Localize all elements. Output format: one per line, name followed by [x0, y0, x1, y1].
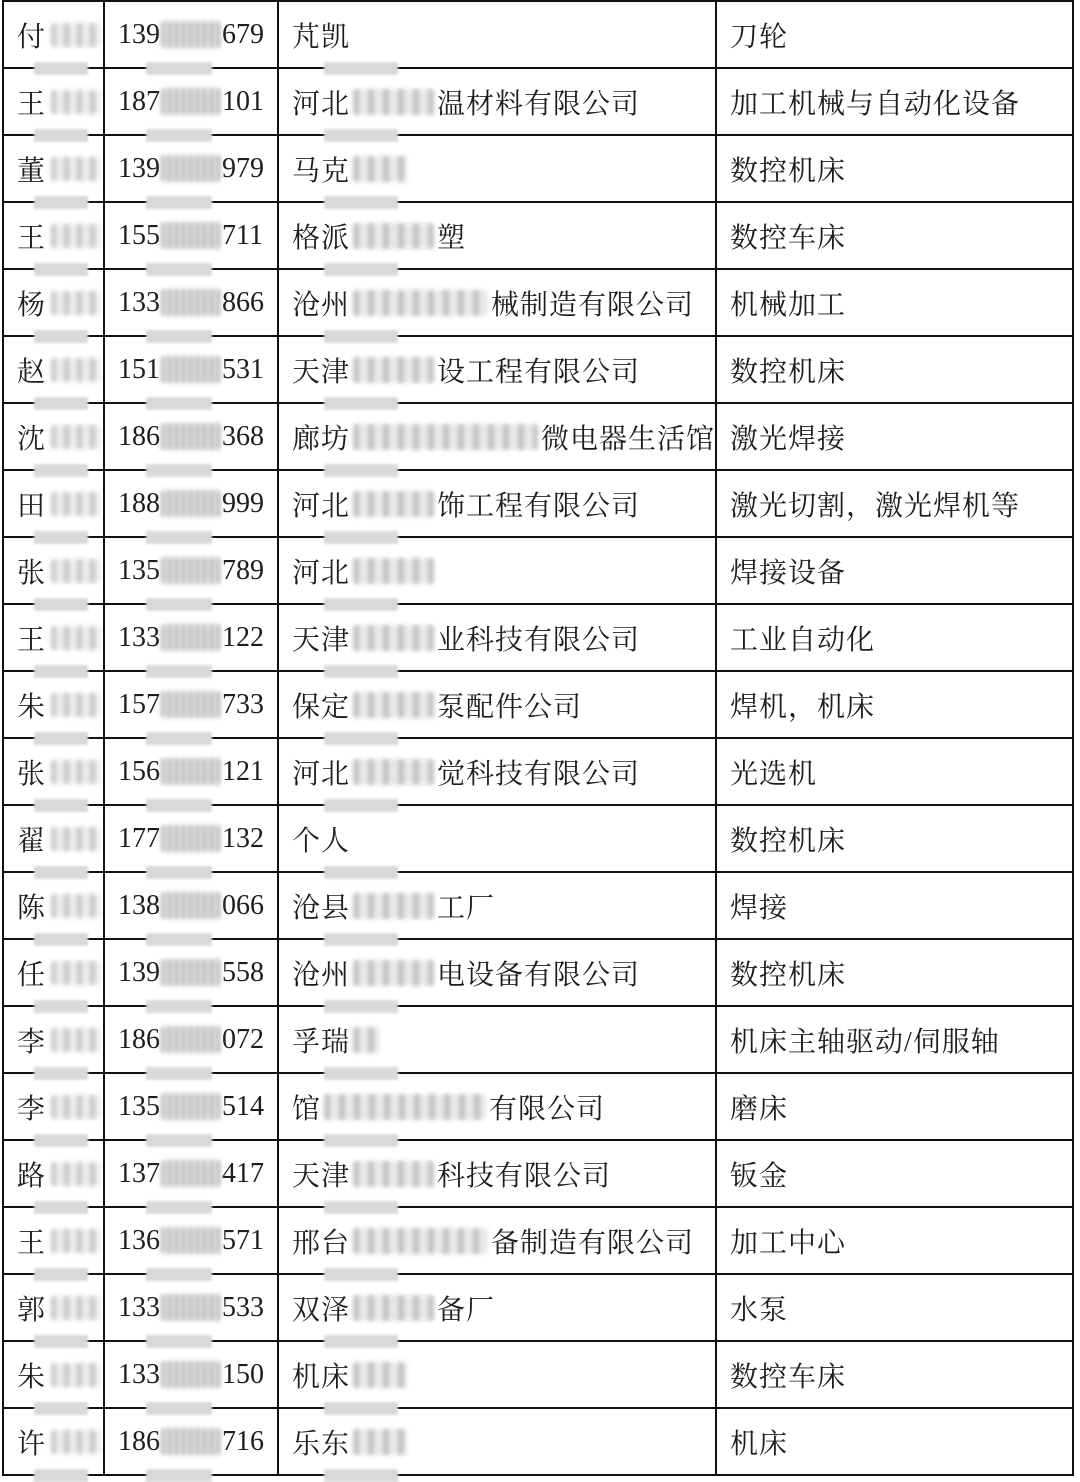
phone-prefix: 139	[118, 957, 160, 989]
redacted-company-text	[353, 1362, 407, 1388]
phone-suffix: 711	[222, 220, 263, 252]
contact-surname: 任	[17, 953, 46, 993]
redacted-given-name	[51, 90, 101, 114]
blur-bar-phone-column	[146, 933, 212, 946]
phone-suffix: 789	[222, 555, 264, 587]
cell-company: 馆 有限公司	[279, 1074, 717, 1139]
product-interest-label: 数控机床	[730, 350, 846, 390]
blur-bar-company-column	[324, 1268, 398, 1281]
contact-surname: 张	[17, 551, 46, 591]
blur-bar-name-column	[34, 129, 88, 142]
redacted-given-name	[51, 157, 101, 181]
product-interest-label: 光选机	[730, 752, 817, 792]
blur-bar-phone-column	[146, 1000, 212, 1013]
table-row: 赵 151 531 天津 设工程有限公司 数控机床	[4, 337, 1072, 404]
phone-prefix: 156	[118, 756, 160, 788]
phone-suffix: 417	[222, 1158, 264, 1190]
redacted-phone-digits	[161, 1428, 221, 1455]
redacted-company-text	[353, 759, 434, 785]
phone-suffix: 533	[222, 1292, 264, 1324]
blur-bar-name-column	[34, 799, 88, 812]
table-row: 任 139 558 沧州 电设备有限公司 数控机床	[4, 940, 1072, 1007]
blur-bar-name-column	[34, 531, 88, 544]
cell-product-interest: 工业自动化	[717, 605, 1072, 670]
blur-bar-name-column	[34, 196, 88, 209]
cell-company: 沧县 工厂	[279, 873, 717, 938]
blur-bar-name-column	[34, 598, 88, 611]
redacted-phone-digits	[161, 155, 221, 182]
contact-surname: 田	[17, 484, 46, 524]
contact-surname: 王	[17, 1221, 46, 1261]
product-interest-label: 焊接设备	[730, 551, 846, 591]
cell-phone-number: 186 368	[105, 404, 279, 469]
cell-product-interest: 数控机床	[717, 806, 1072, 871]
redacted-phone-digits	[161, 1227, 221, 1254]
company-suffix: 电设备有限公司	[437, 953, 640, 993]
contact-surname: 许	[17, 1422, 46, 1462]
cell-phone-number: 187 101	[105, 69, 279, 134]
company-prefix: 河北	[292, 752, 350, 792]
phone-prefix: 157	[118, 689, 160, 721]
cell-phone-number: 188 999	[105, 471, 279, 536]
company-prefix: 廊坊	[292, 417, 350, 457]
cell-company: 乐东	[279, 1409, 717, 1474]
cell-company: 孚瑞	[279, 1007, 717, 1072]
cell-product-interest: 刀轮	[717, 2, 1072, 67]
table-row: 朱 133 150 机床 数控车床	[4, 1342, 1072, 1409]
redacted-company-text	[353, 893, 434, 919]
blur-bar-name-column	[34, 330, 88, 343]
phone-prefix: 186	[118, 421, 160, 453]
blur-bar-company-column	[324, 1000, 398, 1013]
cell-contact-name: 朱	[4, 672, 105, 737]
redacted-phone-digits	[161, 1160, 221, 1187]
company-suffix: 业科技有限公司	[437, 618, 640, 658]
blur-bar-phone-column	[146, 196, 212, 209]
company-prefix: 天津	[292, 350, 350, 390]
company-prefix: 河北	[292, 484, 350, 524]
product-interest-label: 激光焊接	[730, 417, 846, 457]
phone-prefix: 136	[118, 1225, 160, 1257]
cell-contact-name: 李	[4, 1074, 105, 1139]
blur-bar-name-column	[34, 1067, 88, 1080]
redacted-company-text	[353, 1027, 380, 1053]
redacted-phone-digits	[161, 21, 221, 48]
product-interest-label: 工业自动化	[730, 618, 875, 658]
contact-surname: 王	[17, 82, 46, 122]
product-interest-label: 焊接	[730, 886, 788, 926]
product-interest-label: 水泵	[730, 1288, 788, 1328]
cell-product-interest: 数控机床	[717, 337, 1072, 402]
blur-bar-company-column	[324, 1201, 398, 1214]
redacted-phone-digits	[161, 289, 221, 316]
redacted-given-name	[51, 693, 101, 717]
redacted-company-text	[353, 625, 434, 651]
blur-bar-phone-column	[146, 464, 212, 477]
redacted-given-name	[51, 1162, 101, 1186]
cell-contact-name: 王	[4, 605, 105, 670]
cell-company: 天津 业科技有限公司	[279, 605, 717, 670]
phone-prefix: 186	[118, 1426, 160, 1458]
redacted-given-name	[51, 827, 101, 851]
redacted-phone-digits	[161, 825, 221, 852]
cell-contact-name: 沈	[4, 404, 105, 469]
table-row: 沈 186 368 廊坊 微电器生活馆 激光焊接	[4, 404, 1072, 471]
redacted-phone-digits	[161, 1294, 221, 1321]
blur-bar-company-column	[324, 464, 398, 477]
cell-phone-number: 133 122	[105, 605, 279, 670]
cell-contact-name: 朱	[4, 1342, 105, 1407]
cell-product-interest: 数控车床	[717, 203, 1072, 268]
cell-company: 沧州 械制造有限公司	[279, 270, 717, 335]
blur-bar-company-column	[324, 129, 398, 142]
phone-suffix: 121	[222, 756, 264, 788]
company-suffix: 觉科技有限公司	[437, 752, 640, 792]
redacted-company-text	[353, 491, 434, 517]
company-prefix: 机床	[292, 1355, 350, 1395]
blur-bar-name-column	[34, 1268, 88, 1281]
blur-bar-company-column	[324, 330, 398, 343]
phone-suffix: 733	[222, 689, 264, 721]
redacted-given-name	[51, 492, 101, 516]
redacted-phone-digits	[161, 1026, 221, 1053]
redacted-company-text	[353, 156, 407, 182]
contact-surname: 翟	[17, 819, 46, 859]
cell-phone-number: 139 679	[105, 2, 279, 67]
blur-bar-phone-column	[146, 263, 212, 276]
phone-prefix: 139	[118, 153, 160, 185]
blur-bar-name-column	[34, 263, 88, 276]
company-suffix: 备制造有限公司	[491, 1221, 694, 1261]
blur-bar-name-column	[34, 866, 88, 879]
redacted-company-text	[353, 1161, 434, 1187]
blur-bar-name-column	[34, 1402, 88, 1415]
redacted-company-text	[353, 692, 434, 718]
blur-bar-name-column	[34, 1000, 88, 1013]
phone-prefix: 133	[118, 622, 160, 654]
cell-product-interest: 焊机，机床	[717, 672, 1072, 737]
company-prefix: 双泽	[292, 1288, 350, 1328]
blur-bar-phone-column	[146, 1268, 212, 1281]
phone-suffix: 066	[222, 890, 264, 922]
redacted-company-text	[353, 1295, 434, 1321]
blur-bar-name-column	[34, 1134, 88, 1147]
contacts-table: 付 139 679 芃凯 刀轮 王 187 101 河北	[2, 0, 1074, 1476]
redacted-phone-digits	[161, 423, 221, 450]
redacted-given-name	[51, 23, 101, 47]
phone-suffix: 999	[222, 488, 264, 520]
cell-contact-name: 李	[4, 1007, 105, 1072]
blur-bar-company-column	[324, 732, 398, 745]
blur-bar-company-column	[324, 799, 398, 812]
redacted-phone-digits	[161, 356, 221, 383]
redacted-given-name	[51, 961, 101, 985]
phone-suffix: 072	[222, 1024, 264, 1056]
company-prefix: 天津	[292, 1154, 350, 1194]
blur-bar-phone-column	[146, 1402, 212, 1415]
redacted-given-name	[51, 1028, 101, 1052]
company-prefix: 芃凯	[292, 15, 350, 55]
company-prefix: 河北	[292, 551, 350, 591]
cell-product-interest: 机床主轴驱动/伺服轴	[717, 1007, 1072, 1072]
table-row: 李 135 514 馆 有限公司 磨床	[4, 1074, 1072, 1141]
cell-product-interest: 激光切割，激光焊机等	[717, 471, 1072, 536]
blur-bar-company-column	[324, 1134, 398, 1147]
redacted-phone-digits	[161, 892, 221, 919]
redacted-given-name	[51, 1363, 101, 1387]
cell-company: 天津 设工程有限公司	[279, 337, 717, 402]
company-prefix: 河北	[292, 82, 350, 122]
cell-phone-number: 133 866	[105, 270, 279, 335]
cell-company: 保定 泵配件公司	[279, 672, 717, 737]
redacted-company-text	[353, 960, 434, 986]
phone-suffix: 101	[222, 86, 264, 118]
blur-bar-company-column	[324, 62, 398, 75]
cell-product-interest: 数控车床	[717, 1342, 1072, 1407]
redacted-company-text	[353, 223, 434, 249]
table-row: 张 156 121 河北 觉科技有限公司 光选机	[4, 739, 1072, 806]
cell-product-interest: 加工机械与自动化设备	[717, 69, 1072, 134]
product-interest-label: 机床	[730, 1422, 788, 1462]
cell-phone-number: 136 571	[105, 1208, 279, 1273]
cell-contact-name: 郭	[4, 1275, 105, 1340]
phone-suffix: 866	[222, 287, 264, 319]
company-prefix: 邢台	[292, 1221, 350, 1261]
blur-bar-phone-column	[146, 732, 212, 745]
blur-bar-phone-column	[146, 1335, 212, 1348]
contact-surname: 赵	[17, 350, 46, 390]
blur-bar-company-column	[324, 866, 398, 879]
product-interest-label: 磨床	[730, 1087, 788, 1127]
company-suffix: 科技有限公司	[437, 1154, 611, 1194]
cell-contact-name: 王	[4, 1208, 105, 1273]
contact-surname: 杨	[17, 283, 46, 323]
cell-contact-name: 翟	[4, 806, 105, 871]
blur-bar-company-column	[324, 196, 398, 209]
cell-contact-name: 王	[4, 203, 105, 268]
blur-bar-phone-column	[146, 62, 212, 75]
table-row: 杨 133 866 沧州 械制造有限公司 机械加工	[4, 270, 1072, 337]
blur-bar-phone-column	[146, 531, 212, 544]
cell-company: 机床	[279, 1342, 717, 1407]
phone-prefix: 133	[118, 1292, 160, 1324]
redacted-given-name	[51, 291, 101, 315]
contact-surname: 路	[17, 1154, 46, 1194]
company-prefix: 馆	[292, 1087, 321, 1127]
blur-bar-company-column	[324, 1402, 398, 1415]
blur-bar-company-column	[324, 1469, 398, 1478]
contact-surname: 付	[17, 15, 46, 55]
phone-prefix: 137	[118, 1158, 160, 1190]
company-suffix: 塑	[437, 216, 466, 256]
redacted-phone-digits	[161, 1361, 221, 1388]
company-suffix: 微电器生活馆	[541, 417, 715, 457]
blur-bar-phone-column	[146, 799, 212, 812]
cell-phone-number: 133 150	[105, 1342, 279, 1407]
blur-bar-company-column	[324, 263, 398, 276]
blur-bar-phone-column	[146, 397, 212, 410]
cell-product-interest: 数控机床	[717, 136, 1072, 201]
cell-contact-name: 王	[4, 69, 105, 134]
table-row: 张 135 789 河北 焊接设备	[4, 538, 1072, 605]
redacted-phone-digits	[161, 557, 221, 584]
phone-suffix: 531	[222, 354, 264, 386]
blur-bar-phone-column	[146, 665, 212, 678]
cell-phone-number: 139 558	[105, 940, 279, 1005]
cell-phone-number: 186 072	[105, 1007, 279, 1072]
company-suffix: 有限公司	[489, 1087, 605, 1127]
company-suffix: 泵配件公司	[437, 685, 582, 725]
table-row: 许 186 716 乐东 机床	[4, 1409, 1072, 1474]
contact-surname: 郭	[17, 1288, 46, 1328]
product-interest-label: 数控车床	[730, 216, 846, 256]
cell-phone-number: 135 514	[105, 1074, 279, 1139]
phone-suffix: 368	[222, 421, 264, 453]
cell-product-interest: 钣金	[717, 1141, 1072, 1206]
cell-phone-number: 155 711	[105, 203, 279, 268]
company-prefix: 乐东	[292, 1422, 350, 1462]
redacted-phone-digits	[161, 624, 221, 651]
redacted-phone-digits	[161, 959, 221, 986]
table-row: 路 137 417 天津 科技有限公司 钣金	[4, 1141, 1072, 1208]
cell-product-interest: 光选机	[717, 739, 1072, 804]
cell-contact-name: 陈	[4, 873, 105, 938]
contact-surname: 朱	[17, 1355, 46, 1395]
cell-phone-number: 138 066	[105, 873, 279, 938]
redacted-company-text	[353, 1429, 407, 1455]
redacted-given-name	[51, 626, 101, 650]
cell-product-interest: 机械加工	[717, 270, 1072, 335]
redacted-phone-digits	[161, 88, 221, 115]
redacted-given-name	[51, 425, 101, 449]
contact-surname: 陈	[17, 886, 46, 926]
phone-suffix: 716	[222, 1426, 264, 1458]
cell-company: 双泽 备厂	[279, 1275, 717, 1340]
cell-company: 格派 塑	[279, 203, 717, 268]
redacted-company-text	[353, 89, 434, 115]
phone-prefix: 177	[118, 823, 160, 855]
cell-company: 河北	[279, 538, 717, 603]
table-row: 郭 133 533 双泽 备厂 水泵	[4, 1275, 1072, 1342]
company-suffix: 工厂	[437, 886, 495, 926]
cell-product-interest: 磨床	[717, 1074, 1072, 1139]
blur-bar-company-column	[324, 933, 398, 946]
cell-phone-number: 139 979	[105, 136, 279, 201]
redacted-phone-digits	[161, 222, 221, 249]
product-interest-label: 机械加工	[730, 283, 846, 323]
phone-suffix: 558	[222, 957, 264, 989]
phone-prefix: 151	[118, 354, 160, 386]
cell-contact-name: 田	[4, 471, 105, 536]
blur-bar-name-column	[34, 665, 88, 678]
phone-suffix: 679	[222, 19, 264, 51]
company-prefix: 保定	[292, 685, 350, 725]
phone-suffix: 150	[222, 1359, 264, 1391]
blur-bar-name-column	[34, 1469, 88, 1478]
company-suffix: 设工程有限公司	[437, 350, 640, 390]
product-interest-label: 加工机械与自动化设备	[730, 82, 1020, 122]
cell-company: 马克	[279, 136, 717, 201]
cell-contact-name: 任	[4, 940, 105, 1005]
blur-bar-name-column	[34, 732, 88, 745]
blur-bar-name-column	[34, 1335, 88, 1348]
cell-company: 河北 温材料有限公司	[279, 69, 717, 134]
contact-surname: 张	[17, 752, 46, 792]
phone-suffix: 514	[222, 1091, 264, 1123]
redacted-given-name	[51, 358, 101, 382]
redacted-phone-digits	[161, 691, 221, 718]
phone-prefix: 139	[118, 19, 160, 51]
phone-prefix: 186	[118, 1024, 160, 1056]
cell-company: 河北 饰工程有限公司	[279, 471, 717, 536]
cell-phone-number: 157 733	[105, 672, 279, 737]
product-interest-label: 钣金	[730, 1154, 788, 1194]
table-row: 王 133 122 天津 业科技有限公司 工业自动化	[4, 605, 1072, 672]
phone-suffix: 979	[222, 153, 264, 185]
table-row: 付 139 679 芃凯 刀轮	[4, 2, 1072, 69]
redacted-given-name	[51, 1095, 101, 1119]
cell-contact-name: 付	[4, 2, 105, 67]
phone-prefix: 138	[118, 890, 160, 922]
product-interest-label: 数控机床	[730, 819, 846, 859]
company-prefix: 沧州	[292, 953, 350, 993]
blur-bar-name-column	[34, 397, 88, 410]
redacted-company-text	[353, 558, 434, 584]
product-interest-label: 激光切割，激光焊机等	[730, 484, 1020, 524]
cell-contact-name: 路	[4, 1141, 105, 1206]
cell-company: 个人	[279, 806, 717, 871]
company-prefix: 沧州	[292, 283, 350, 323]
cell-company: 廊坊 微电器生活馆	[279, 404, 717, 469]
blur-bar-phone-column	[146, 1469, 212, 1478]
cell-contact-name: 董	[4, 136, 105, 201]
company-prefix: 马克	[292, 149, 350, 189]
cell-company: 邢台 备制造有限公司	[279, 1208, 717, 1273]
contact-surname: 沈	[17, 417, 46, 457]
blur-bar-phone-column	[146, 598, 212, 611]
contact-surname: 王	[17, 618, 46, 658]
product-interest-label: 加工中心	[730, 1221, 846, 1261]
cell-phone-number: 135 789	[105, 538, 279, 603]
blur-bar-phone-column	[146, 1067, 212, 1080]
contact-surname: 李	[17, 1087, 46, 1127]
company-prefix: 孚瑞	[292, 1020, 350, 1060]
table-row: 董 139 979 马克 数控机床	[4, 136, 1072, 203]
table-row: 王 187 101 河北 温材料有限公司 加工机械与自动化设备	[4, 69, 1072, 136]
company-suffix: 饰工程有限公司	[437, 484, 640, 524]
redacted-company-text	[353, 357, 434, 383]
phone-prefix: 135	[118, 555, 160, 587]
blur-bar-phone-column	[146, 1201, 212, 1214]
cell-phone-number: 137 417	[105, 1141, 279, 1206]
cell-contact-name: 赵	[4, 337, 105, 402]
contact-surname: 朱	[17, 685, 46, 725]
cell-phone-number: 151 531	[105, 337, 279, 402]
cell-company: 芃凯	[279, 2, 717, 67]
phone-suffix: 132	[222, 823, 264, 855]
phone-prefix: 133	[118, 1359, 160, 1391]
phone-prefix: 188	[118, 488, 160, 520]
cell-phone-number: 133 533	[105, 1275, 279, 1340]
blur-bar-company-column	[324, 1067, 398, 1080]
redacted-phone-digits	[161, 490, 221, 517]
blur-bar-phone-column	[146, 330, 212, 343]
redacted-company-text	[353, 290, 488, 316]
contact-surname: 王	[17, 216, 46, 256]
blur-bar-phone-column	[146, 129, 212, 142]
cell-company: 沧州 电设备有限公司	[279, 940, 717, 1005]
blur-bar-company-column	[324, 665, 398, 678]
